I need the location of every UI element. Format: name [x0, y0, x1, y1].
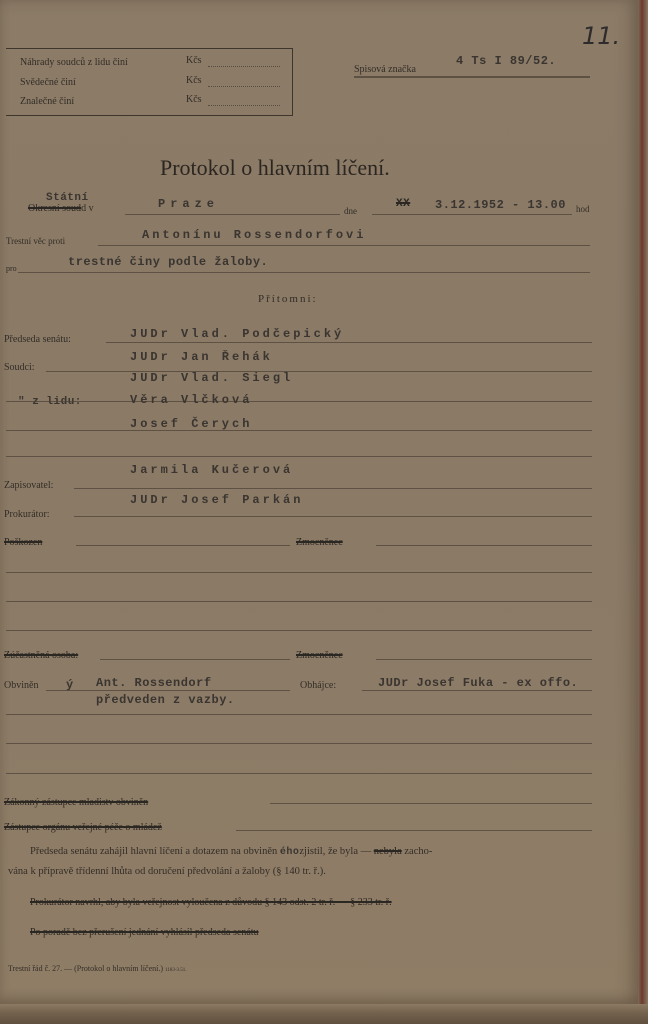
injured-label: Poškozen — [4, 537, 42, 548]
prosecutor-label: Prokurátor: — [4, 509, 50, 520]
defender-value: JUDr Josef Fuka - ex offo. — [378, 676, 578, 690]
page-number: 11. — [582, 22, 620, 50]
rule — [125, 214, 340, 215]
hour-label: hod — [576, 204, 590, 214]
legal-rep-label: Zákonný zástupce mladistv obviněn — [4, 797, 148, 808]
fee-field-line — [208, 66, 280, 67]
rule — [18, 272, 590, 273]
rule — [236, 830, 592, 831]
rule — [6, 743, 592, 744]
document-page: 11. Náhrady soudců z lidu činí Kčs Svěde… — [0, 0, 641, 1004]
chair-label: Předseda senátu: — [4, 334, 71, 345]
case-ref-line — [354, 76, 590, 78]
paragraph-opening-line2: vána k přípravě třídenní lhůta od doruče… — [8, 866, 326, 877]
rule — [6, 401, 592, 402]
case-ref-label: Spisová značka — [354, 64, 416, 75]
paragraph-deliberation: Po poradě bez přerušení jednání vyhlásil… — [30, 927, 259, 938]
case-ref-value: 4 Ts I 89/52. — [456, 54, 556, 68]
rule — [100, 659, 290, 660]
defender-label: Obhájce: — [300, 680, 336, 691]
rule — [6, 630, 592, 631]
fee-row-witness: Svědečné činí — [20, 77, 76, 88]
rule — [76, 545, 290, 546]
rule — [376, 659, 592, 660]
page-edge — [638, 0, 648, 1024]
present-heading: Přítomni: — [258, 293, 318, 305]
clerk-value: Jarmila Kučerová — [130, 463, 293, 477]
case-against-label: Trestní věc proti — [6, 236, 65, 246]
fee-field-line — [208, 86, 280, 87]
paragraph-public-exclusion: Prokurátor navrhl, aby byla veřejnost vy… — [30, 897, 392, 908]
court-place: Praze — [158, 197, 219, 211]
form-footer: Trestní řád č. 27. — (Protokol o hlavním… — [8, 964, 187, 973]
rule — [6, 456, 592, 457]
chair-value: JUDr Vlad. Podčepický — [130, 327, 344, 341]
judge-1: JUDr Jan Řehák — [130, 350, 273, 364]
lay-judges-label: " z lidu: — [18, 396, 82, 408]
accused-note: předveden z vazby. — [96, 693, 235, 707]
lay-judge-1: Věra Vlčková — [130, 393, 252, 407]
involved-proxy-label: Zmocněnec — [296, 650, 343, 661]
accused-value: Ant. Rossendorf — [96, 676, 212, 690]
fee-field-line — [208, 105, 280, 106]
charge-value: trestné činy podle žaloby. — [68, 255, 268, 269]
rule — [46, 690, 290, 691]
rule — [74, 488, 592, 489]
injured-proxy-label: Zmocněnec — [296, 537, 343, 548]
fee-currency: Kčs — [186, 55, 202, 66]
rule — [6, 601, 592, 602]
fee-currency: Kčs — [186, 94, 202, 105]
judges-label: Soudci: — [4, 362, 35, 373]
page-title: Protokol o hlavním líčení. — [160, 155, 390, 181]
page-edge — [0, 1004, 648, 1024]
rule — [372, 214, 572, 215]
rule — [106, 342, 592, 343]
fee-currency: Kčs — [186, 75, 202, 86]
rule — [6, 572, 592, 573]
rule — [6, 430, 592, 431]
paragraph-opening-line1: Předseda senátu zahájil hlavní líčení a … — [30, 846, 432, 858]
rule — [98, 245, 590, 246]
rule — [376, 545, 592, 546]
youth-care-label: Zástupce orgánu veřejné péče o mládež — [4, 822, 162, 833]
rule — [6, 773, 592, 774]
prosecutor-value: JUDr Josef Parkán — [130, 493, 303, 507]
case-against-value: Antonínu Rossendorfovi — [142, 228, 366, 242]
lay-judge-2: Josef Čerych — [130, 417, 252, 431]
date-label: dne — [344, 206, 357, 216]
fee-row-lay-judges: Náhrady soudců z lidu činí — [20, 57, 128, 68]
charge-label: pro — [6, 264, 17, 273]
rule — [6, 714, 592, 715]
judge-2: JUDr Vlad. Siegl — [130, 371, 293, 385]
clerk-label: Zapisovatel: — [4, 480, 53, 491]
involved-label: Zúčastněná osoba: — [4, 650, 78, 661]
court-label: Okresní soudd v — [28, 203, 94, 214]
rule — [74, 516, 592, 517]
accused-label: Obviněn — [4, 680, 38, 691]
date-struck: XX — [396, 198, 410, 210]
rule — [362, 690, 592, 691]
fee-row-expert: Znalečné činí — [20, 96, 74, 107]
rule — [270, 803, 592, 804]
rule — [46, 371, 592, 372]
date-value: 3.12.1952 - 13.00 — [435, 198, 566, 212]
